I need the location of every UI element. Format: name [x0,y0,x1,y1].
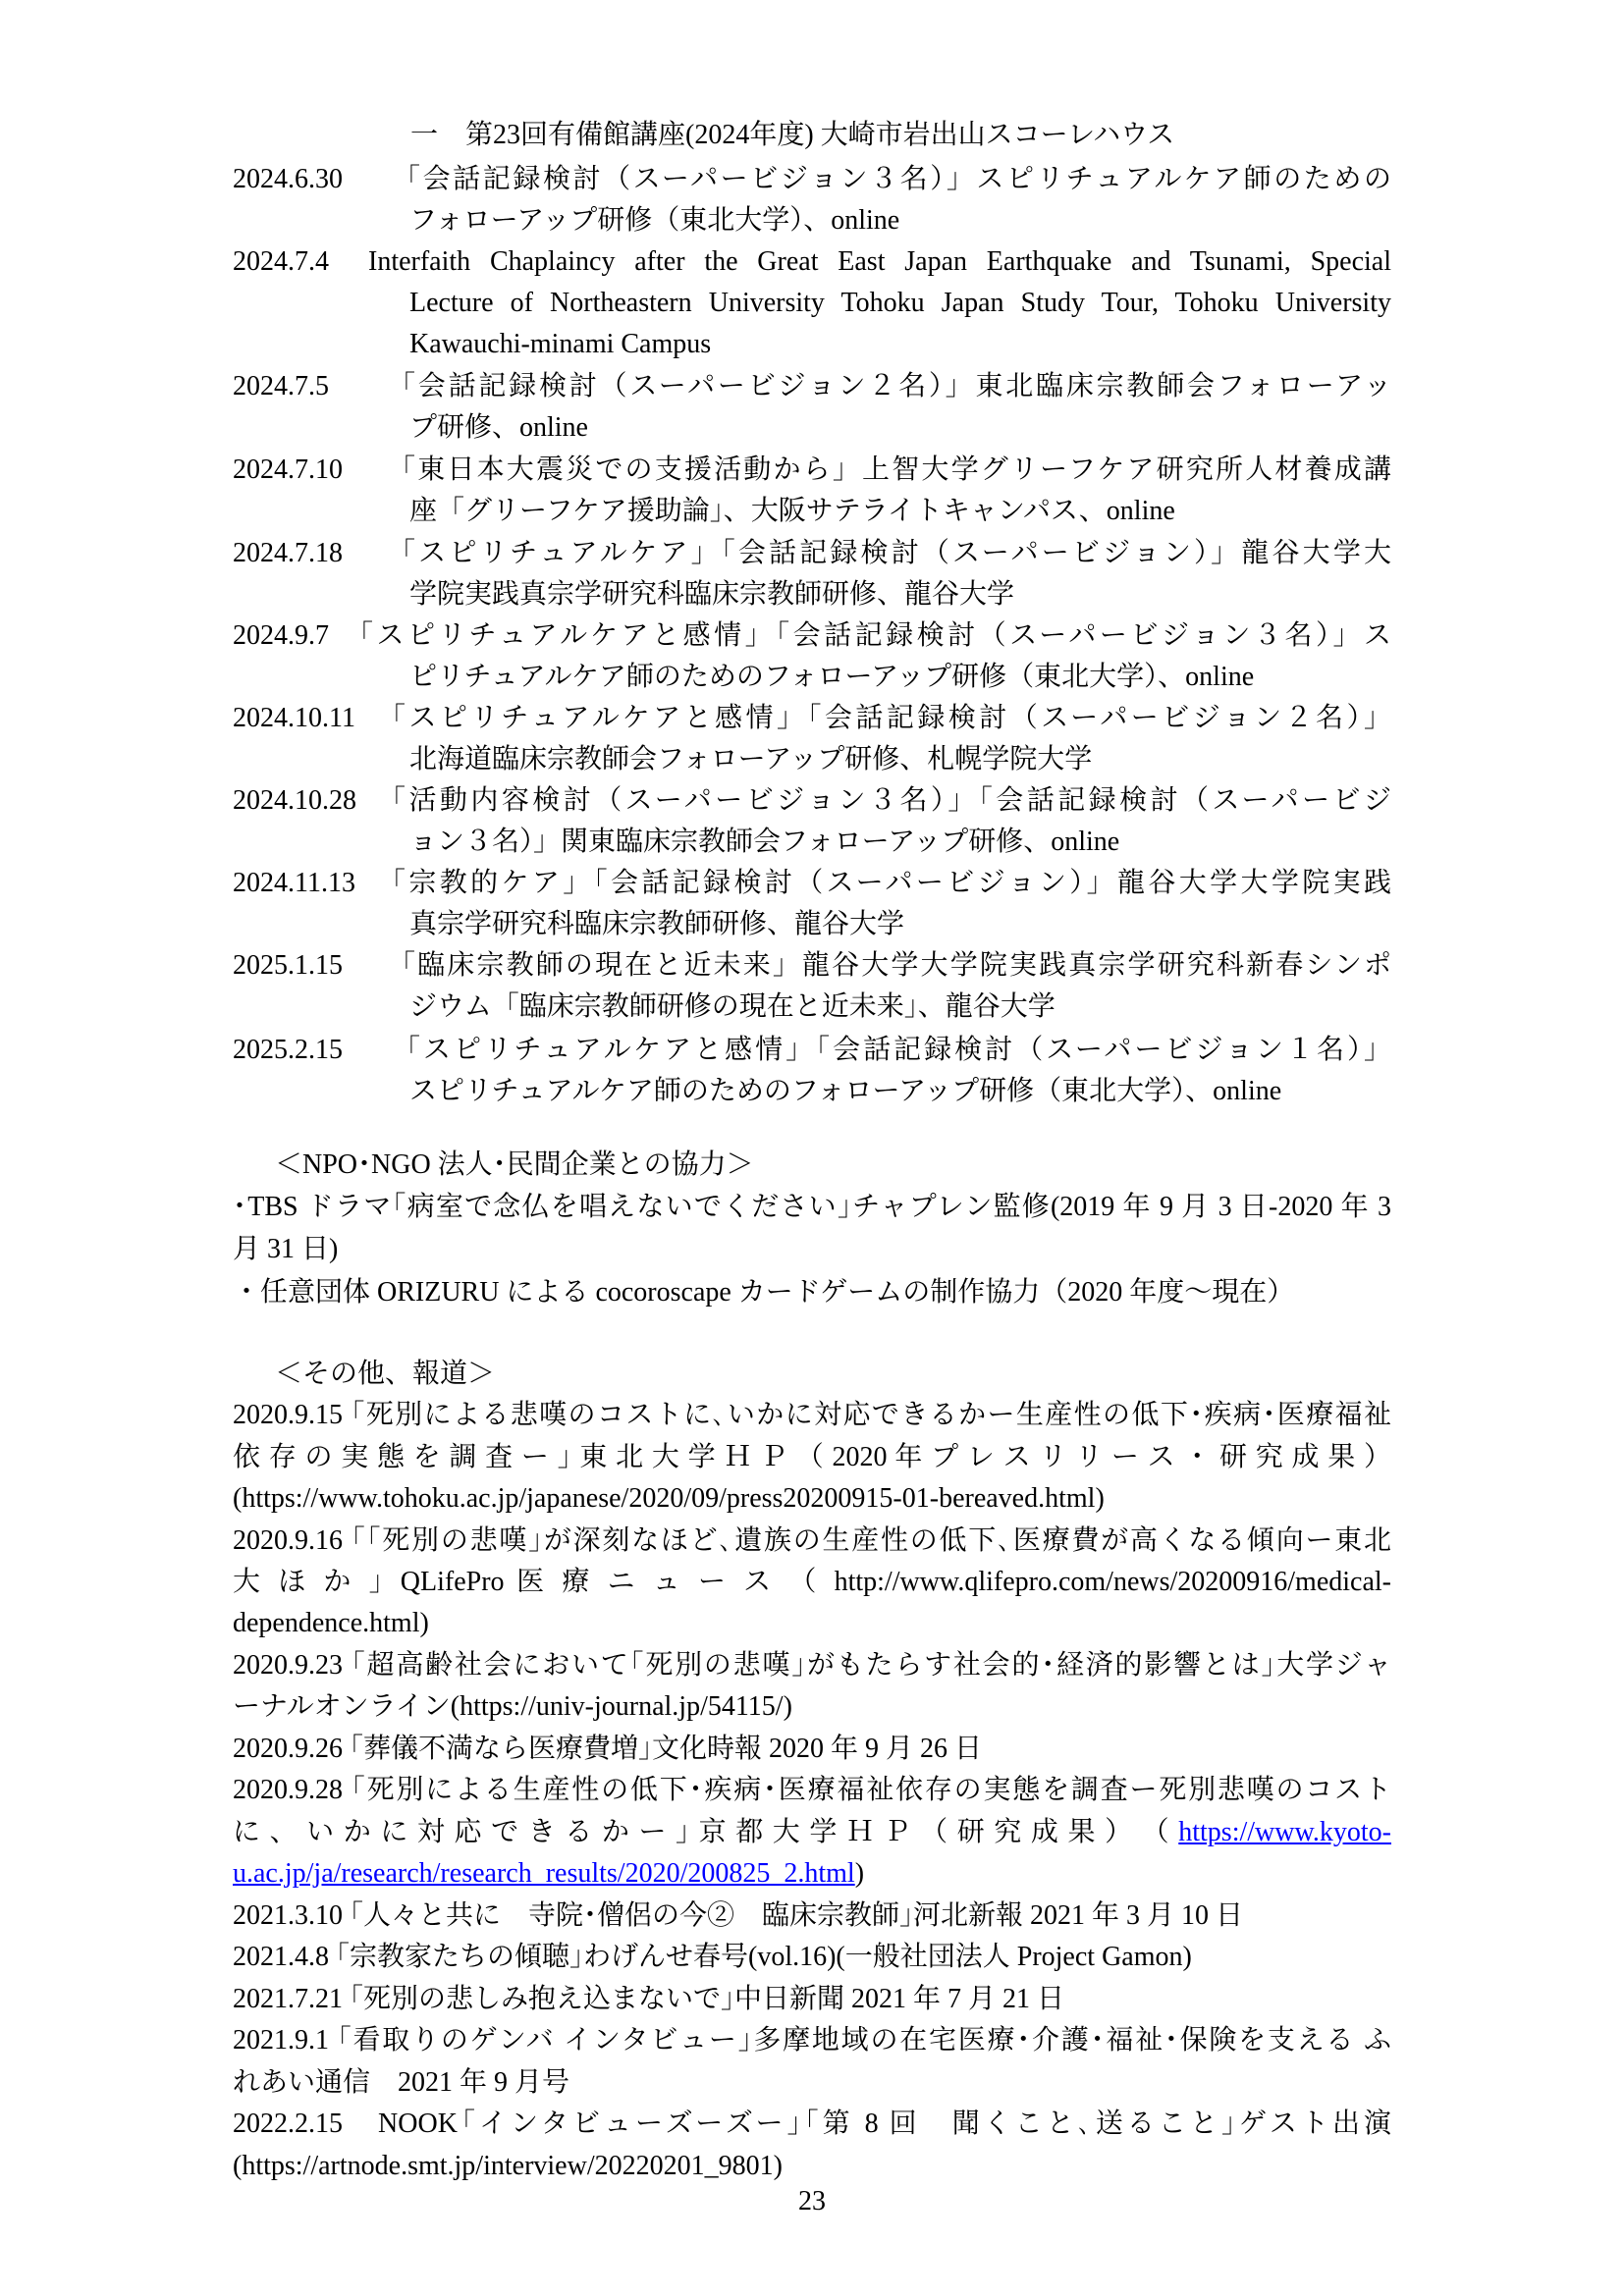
entry-2024-11-13: 2024.11.13 「宗教的ケア」「会話記録検討（スーパービジョン）」龍谷大学… [0,868,1624,899]
entry-2024-6-30: 2024.6.30 「会話記録検討（スーパービジョン３名）」スピリチュアルケア師… [0,164,1624,195]
press-line: 依 存 の 実 態 を 調 査 ー ｣ 東 北 大 学 Ｈ Ｐ （ 2020 年… [233,1442,1391,1473]
continuation-line: 一 第23回有備館講座(2024年度) 大崎市岩出山スコーレハウス [410,120,1174,151]
section-heading-npo: ＜NPO･NGO 法人･民間企業との協力＞ [275,1149,754,1181]
document-page: 一 第23回有備館講座(2024年度) 大崎市岩出山スコーレハウス 2024.6… [0,0,1624,2296]
entry-date: 2025.1.15 [233,950,343,982]
entry-text: 「スピリチュアルケアと感情」「会話記録検討（スーパービジョン２名）」 [378,703,1391,734]
entry-date: 2024.9.7 [233,620,329,652]
entry-text: 「臨床宗教師の現在と近未来」龍谷大学大学院実践真宗学研究科新春シンポ [388,950,1391,982]
entry-text: 「宗教的ケア」「会話記録検討（スーパービジョン）」龍谷大学大学院実践 [378,868,1391,899]
entry-date: 2024.10.11 [233,703,355,734]
npo-line: ･TBS ドラマ｢病室で念仏を唱えないでください｣チャプレン監修(2019 年 … [233,1192,1391,1223]
entry-text-cont: 北海道臨床宗教師会フォローアップ研修、札幌学院大学 [409,744,1092,775]
press-line: 2021.7.21 ｢死別の悲しみ抱え込まないで｣中日新聞 2021 年 7 月… [233,1984,1064,2015]
npo-line: 月 31 日) [233,1234,338,1265]
press-line: 2020.9.26 ｢葬儀不満なら医療費増｣文化時報 2020 年 9 月 26… [233,1734,982,1765]
press-line: 大 ほ か ｣ QLifePro 医 療 ニ ュ ー ス （ http://ww… [233,1567,1391,1598]
press-line: 2022.2.15 NOOK｢インタビューズーズー｣｢第 8 回 聞くこと､送る… [233,2109,1391,2140]
entry-text-cont: ジウム「臨床宗教師研修の現在と近未来」、龍谷大学 [409,991,1056,1023]
entry-date: 2024.10.28 [233,785,356,817]
entry-date: 2024.7.5 [233,371,329,402]
entry-2024-7-10: 2024.7.10 「東日本大震災での支援活動から」上智大学グリーフケア研究所人… [0,454,1624,486]
entry-text: 「スピリチュアルケアと感情」「会話記録検討（スーパービジョン３名）」ス [346,620,1391,652]
press-line: (https://www.tohoku.ac.jp/japanese/2020/… [233,1483,1105,1515]
entry-text-cont: スピリチュアルケア師のためのフォローアップ研修（東北大学）、online [409,1076,1281,1107]
entry-date: 2024.7.18 [233,538,343,569]
press-line: 2021.4.8 ｢宗教家たちの傾聴｣わげんせ春号(vol.16)(一般社団法人… [233,1942,1192,1973]
press-line: ーナルオンライン(https://univ-journal.jp/54115/) [233,1691,792,1723]
press-line: (https://artnode.smt.jp/interview/202202… [233,2151,783,2182]
press-line-kyoto-cont: u.ac.jp/ja/research/research_results/202… [233,1858,864,1890]
entry-text-cont: 学院実践真宗学研究科臨床宗教師研修、龍谷大学 [409,579,1014,611]
press-line-kyoto: に 、 い か に 対 応 で き る か ー ｣ 京 都 大 学 Ｈ Ｐ （ … [233,1817,1391,1848]
entry-2025-2-15: 2025.2.15 「スピリチュアルケアと感情」「会話記録検討（スーパービジョン… [0,1035,1624,1066]
entry-text: Interfaith Chaplaincy after the Great Ea… [368,246,1391,278]
entry-text-cont: 真宗学研究科臨床宗教師研修、龍谷大学 [409,909,904,940]
entry-date: 2024.7.10 [233,454,343,486]
entry-text: 「活動内容検討（スーパービジョン３名）」「会話記録検討（スーパービジ [378,785,1391,817]
entry-text-cont: プ研修、online [409,412,588,444]
kyoto-suffix: ) [855,1858,864,1889]
press-line: 2020.9.15 ｢死別による悲嘆のコストに､いかに対応できるかー生産性の低下… [233,1400,1391,1431]
entry-2024-7-4: 2024.7.4 Interfaith Chaplaincy after the… [0,246,1624,278]
entry-2024-10-28: 2024.10.28 「活動内容検討（スーパービジョン３名）」「会話記録検討（ス… [0,785,1624,817]
entry-text-cont: フォローアップ研修（東北大学）、online [409,205,899,237]
page-number: 23 [0,2186,1624,2217]
kyoto-prefix: に 、 い か に 対 応 で き る か ー ｣ 京 都 大 学 Ｈ Ｐ （ … [233,1817,1178,1847]
npo-line: ・任意団体 ORIZURU による cocoroscape カードゲームの制作協… [233,1277,1294,1308]
entry-2025-1-15: 2025.1.15 「臨床宗教師の現在と近未来」龍谷大学大学院実践真宗学研究科新… [0,950,1624,982]
entry-2024-10-11: 2024.10.11 「スピリチュアルケアと感情」「会話記録検討（スーパービジョ… [0,703,1624,734]
entry-text-cont: 座「グリーフケア援助論」、大阪サテライトキャンパス、online [409,496,1175,527]
entry-text: 「会話記録検討（スーパービジョン２名）」東北臨床宗教師会フォローアッ [388,371,1391,402]
press-line: 2021.3.10 ｢人々と共に 寺院･僧侶の今② 臨床宗教師｣河北新報 202… [233,1900,1243,1932]
entry-text: 「東日本大震災での支援活動から」上智大学グリーフケア研究所人材養成講 [388,454,1391,486]
entry-text-cont: Lecture of Northeastern University Tohok… [409,288,1391,319]
entry-date: 2024.11.13 [233,868,355,899]
entry-text: 「スピリチュアルケア」「会話記録検討（スーパービジョン）」龍谷大学大 [388,538,1391,569]
press-line: 2021.9.1 ｢看取りのゲンバ インタビュー｣多摩地域の在宅医療･介護･福祉… [233,2025,1391,2056]
entry-2024-9-7: 2024.9.7 「スピリチュアルケアと感情」「会話記録検討（スーパービジョン３… [0,620,1624,652]
entry-date: 2025.2.15 [233,1035,343,1066]
section-heading-press: ＜その他、報道＞ [275,1359,495,1390]
kyoto-url-link-cont[interactable]: u.ac.jp/ja/research/research_results/202… [233,1858,855,1889]
entry-text: 「スピリチュアルケアと感情」「会話記録検討（スーパービジョン１名）」 [393,1035,1391,1066]
entry-text-cont: ョン３名）」関東臨床宗教師会フォローアップ研修、online [409,827,1119,858]
entry-date: 2024.7.4 [233,246,329,278]
press-line: 2020.9.23 ｢超高齢社会において｢死別の悲嘆｣がもたらす社会的･経済的影… [233,1650,1391,1682]
entry-2024-7-18: 2024.7.18 「スピリチュアルケア」「会話記録検討（スーパービジョン）」龍… [0,538,1624,569]
press-line: 2020.9.28 ｢死別による生産性の低下･疾病･医療福祉依存の実態を調査ー死… [233,1775,1391,1806]
entry-text-cont: Kawauchi-minami Campus [409,329,711,360]
press-line: れあい通信 2021 年 9 月号 [233,2067,569,2099]
entry-2024-7-5: 2024.7.5 「会話記録検討（スーパービジョン２名）」東北臨床宗教師会フォロ… [0,371,1624,402]
entry-text-cont: ピリチュアルケア師のためのフォローアップ研修（東北大学）、online [409,662,1254,693]
entry-date: 2024.6.30 [233,164,343,195]
kyoto-url-link[interactable]: https://www.kyoto- [1178,1817,1391,1847]
press-line: dependence.html) [233,1608,429,1639]
press-line: 2020.9.16 ｢｢死別の悲嘆｣が深刻なほど､遺族の生産性の低下､医療費が高… [233,1525,1391,1557]
entry-text: 「会話記録検討（スーパービジョン３名）」スピリチュアルケア師のための [393,164,1391,195]
